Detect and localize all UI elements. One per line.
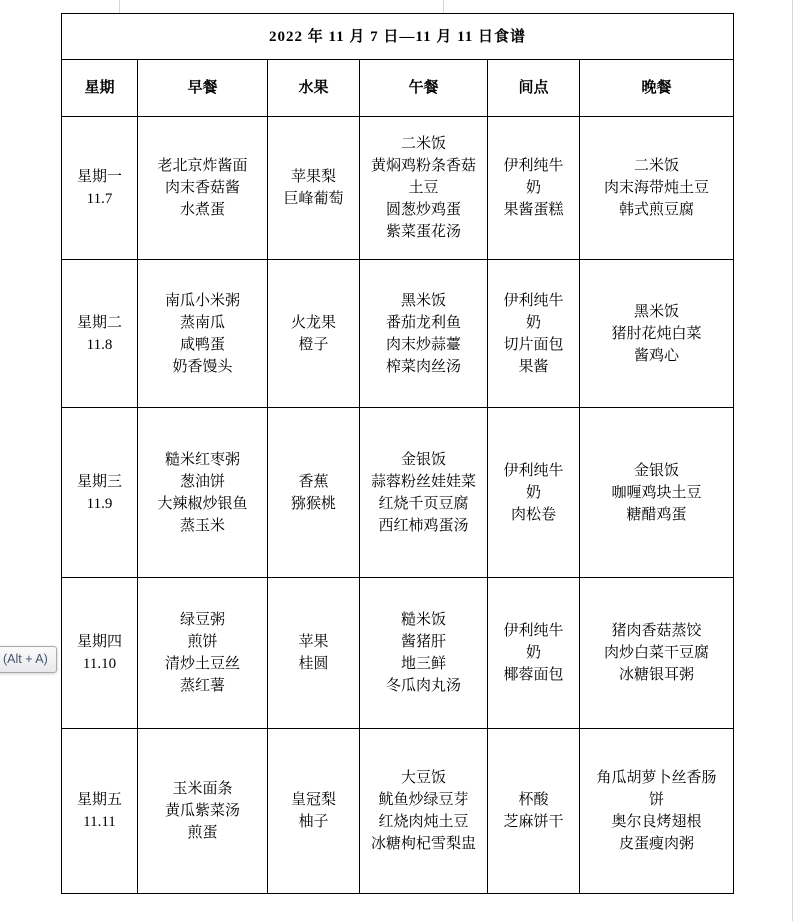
- breakfast-cell[interactable]: 老北京炸酱面 肉末香菇酱 水煮蛋: [138, 117, 268, 260]
- dinner-cell[interactable]: 猪肉香菇蒸饺 肉炒白菜干豆腐 冰糖银耳粥: [580, 578, 734, 729]
- day-cell[interactable]: 星期四 11.10: [62, 578, 138, 729]
- dinner-cell[interactable]: 金银饭 咖喱鸡块土豆 糖醋鸡蛋: [580, 408, 734, 578]
- breakfast-cell[interactable]: 糙米红枣粥 葱油饼 大辣椒炒银鱼 蒸玉米: [138, 408, 268, 578]
- table-title[interactable]: 2022 年 11 月 7 日—11 月 11 日食谱: [62, 14, 734, 60]
- weekly-menu-table: 2022 年 11 月 7 日—11 月 11 日食谱 星期 早餐 水果 午餐 …: [61, 13, 734, 894]
- lunch-cell[interactable]: 二米饭 黄焖鸡粉条香菇土豆 圆葱炒鸡蛋 紫菜蛋花汤: [360, 117, 488, 260]
- lunch-cell[interactable]: 大豆饭 鱿鱼炒绿豆芽 红烧肉炖土豆 冰糖枸杞雪梨盅: [360, 729, 488, 894]
- lunch-cell[interactable]: 黑米饭 番茄龙利鱼 肉末炒蒜薹 榨菜肉丝汤: [360, 260, 488, 408]
- dinner-cell[interactable]: 二米饭 肉末海带炖土豆 韩式煎豆腐: [580, 117, 734, 260]
- gridline-top-2: [443, 0, 444, 13]
- day-cell[interactable]: 星期一 11.7: [62, 117, 138, 260]
- menu-row-wednesday: 星期三 11.9 糙米红枣粥 葱油饼 大辣椒炒银鱼 蒸玉米 香蕉 猕猴桃 金银饭…: [62, 408, 734, 578]
- breakfast-cell[interactable]: 南瓜小米粥 蒸南瓜 咸鸭蛋 奶香馒头: [138, 260, 268, 408]
- spreadsheet-canvas: 2022 年 11 月 7 日—11 月 11 日食谱 星期 早餐 水果 午餐 …: [0, 0, 795, 921]
- day-cell[interactable]: 星期五 11.11: [62, 729, 138, 894]
- header-row: 星期 早餐 水果 午餐 间点 晚餐: [62, 60, 734, 117]
- menu-row-thursday: 星期四 11.10 绿豆粥 煎饼 清炒土豆丝 蒸红薯 苹果 桂圆 糙米饭 酱猪肝…: [62, 578, 734, 729]
- fruit-cell[interactable]: 皇冠梨 柚子: [268, 729, 360, 894]
- menu-row-monday: 星期一 11.7 老北京炸酱面 肉末香菇酱 水煮蛋 苹果梨 巨峰葡萄 二米饭 黄…: [62, 117, 734, 260]
- fruit-cell[interactable]: 苹果 桂圆: [268, 578, 360, 729]
- menu-row-friday: 星期五 11.11 玉米面条 黄瓜紫菜汤 煎蛋 皇冠梨 柚子 大豆饭 鱿鱼炒绿豆…: [62, 729, 734, 894]
- snack-cell[interactable]: 伊利纯牛奶 切片面包 果酱: [488, 260, 580, 408]
- keyboard-shortcut-label: (Alt + A): [3, 652, 48, 666]
- day-cell[interactable]: 星期三 11.9: [62, 408, 138, 578]
- column-header-dinner[interactable]: 晚餐: [580, 60, 734, 117]
- breakfast-cell[interactable]: 玉米面条 黄瓜紫菜汤 煎蛋: [138, 729, 268, 894]
- snack-cell[interactable]: 伊利纯牛奶 椰蓉面包: [488, 578, 580, 729]
- day-cell[interactable]: 星期二 11.8: [62, 260, 138, 408]
- column-header-snack[interactable]: 间点: [488, 60, 580, 117]
- breakfast-cell[interactable]: 绿豆粥 煎饼 清炒土豆丝 蒸红薯: [138, 578, 268, 729]
- lunch-cell[interactable]: 糙米饭 酱猪肝 地三鲜 冬瓜肉丸汤: [360, 578, 488, 729]
- fruit-cell[interactable]: 火龙果 橙子: [268, 260, 360, 408]
- column-header-fruit[interactable]: 水果: [268, 60, 360, 117]
- snack-cell[interactable]: 伊利纯牛奶 肉松卷: [488, 408, 580, 578]
- menu-row-tuesday: 星期二 11.8 南瓜小米粥 蒸南瓜 咸鸭蛋 奶香馒头 火龙果 橙子 黑米饭 番…: [62, 260, 734, 408]
- column-header-weekday[interactable]: 星期: [62, 60, 138, 117]
- gridline-right-edge: [792, 0, 793, 921]
- fruit-cell[interactable]: 苹果梨 巨峰葡萄: [268, 117, 360, 260]
- fruit-cell[interactable]: 香蕉 猕猴桃: [268, 408, 360, 578]
- column-header-breakfast[interactable]: 早餐: [138, 60, 268, 117]
- column-header-lunch[interactable]: 午餐: [360, 60, 488, 117]
- snack-cell[interactable]: 杯酸 芝麻饼干: [488, 729, 580, 894]
- lunch-cell[interactable]: 金银饭 蒜蓉粉丝娃娃菜 红烧千页豆腐 西红柿鸡蛋汤: [360, 408, 488, 578]
- dinner-cell[interactable]: 角瓜胡萝卜丝香肠饼 奥尔良烤翅根 皮蛋瘦肉粥: [580, 729, 734, 894]
- snack-cell[interactable]: 伊利纯牛奶 果酱蛋糕: [488, 117, 580, 260]
- gridline-top-1: [119, 0, 120, 13]
- dinner-cell[interactable]: 黑米饭 猪肘花炖白菜 酱鸡心: [580, 260, 734, 408]
- keyboard-shortcut-tooltip: (Alt + A): [0, 646, 57, 673]
- title-row: 2022 年 11 月 7 日—11 月 11 日食谱: [62, 14, 734, 60]
